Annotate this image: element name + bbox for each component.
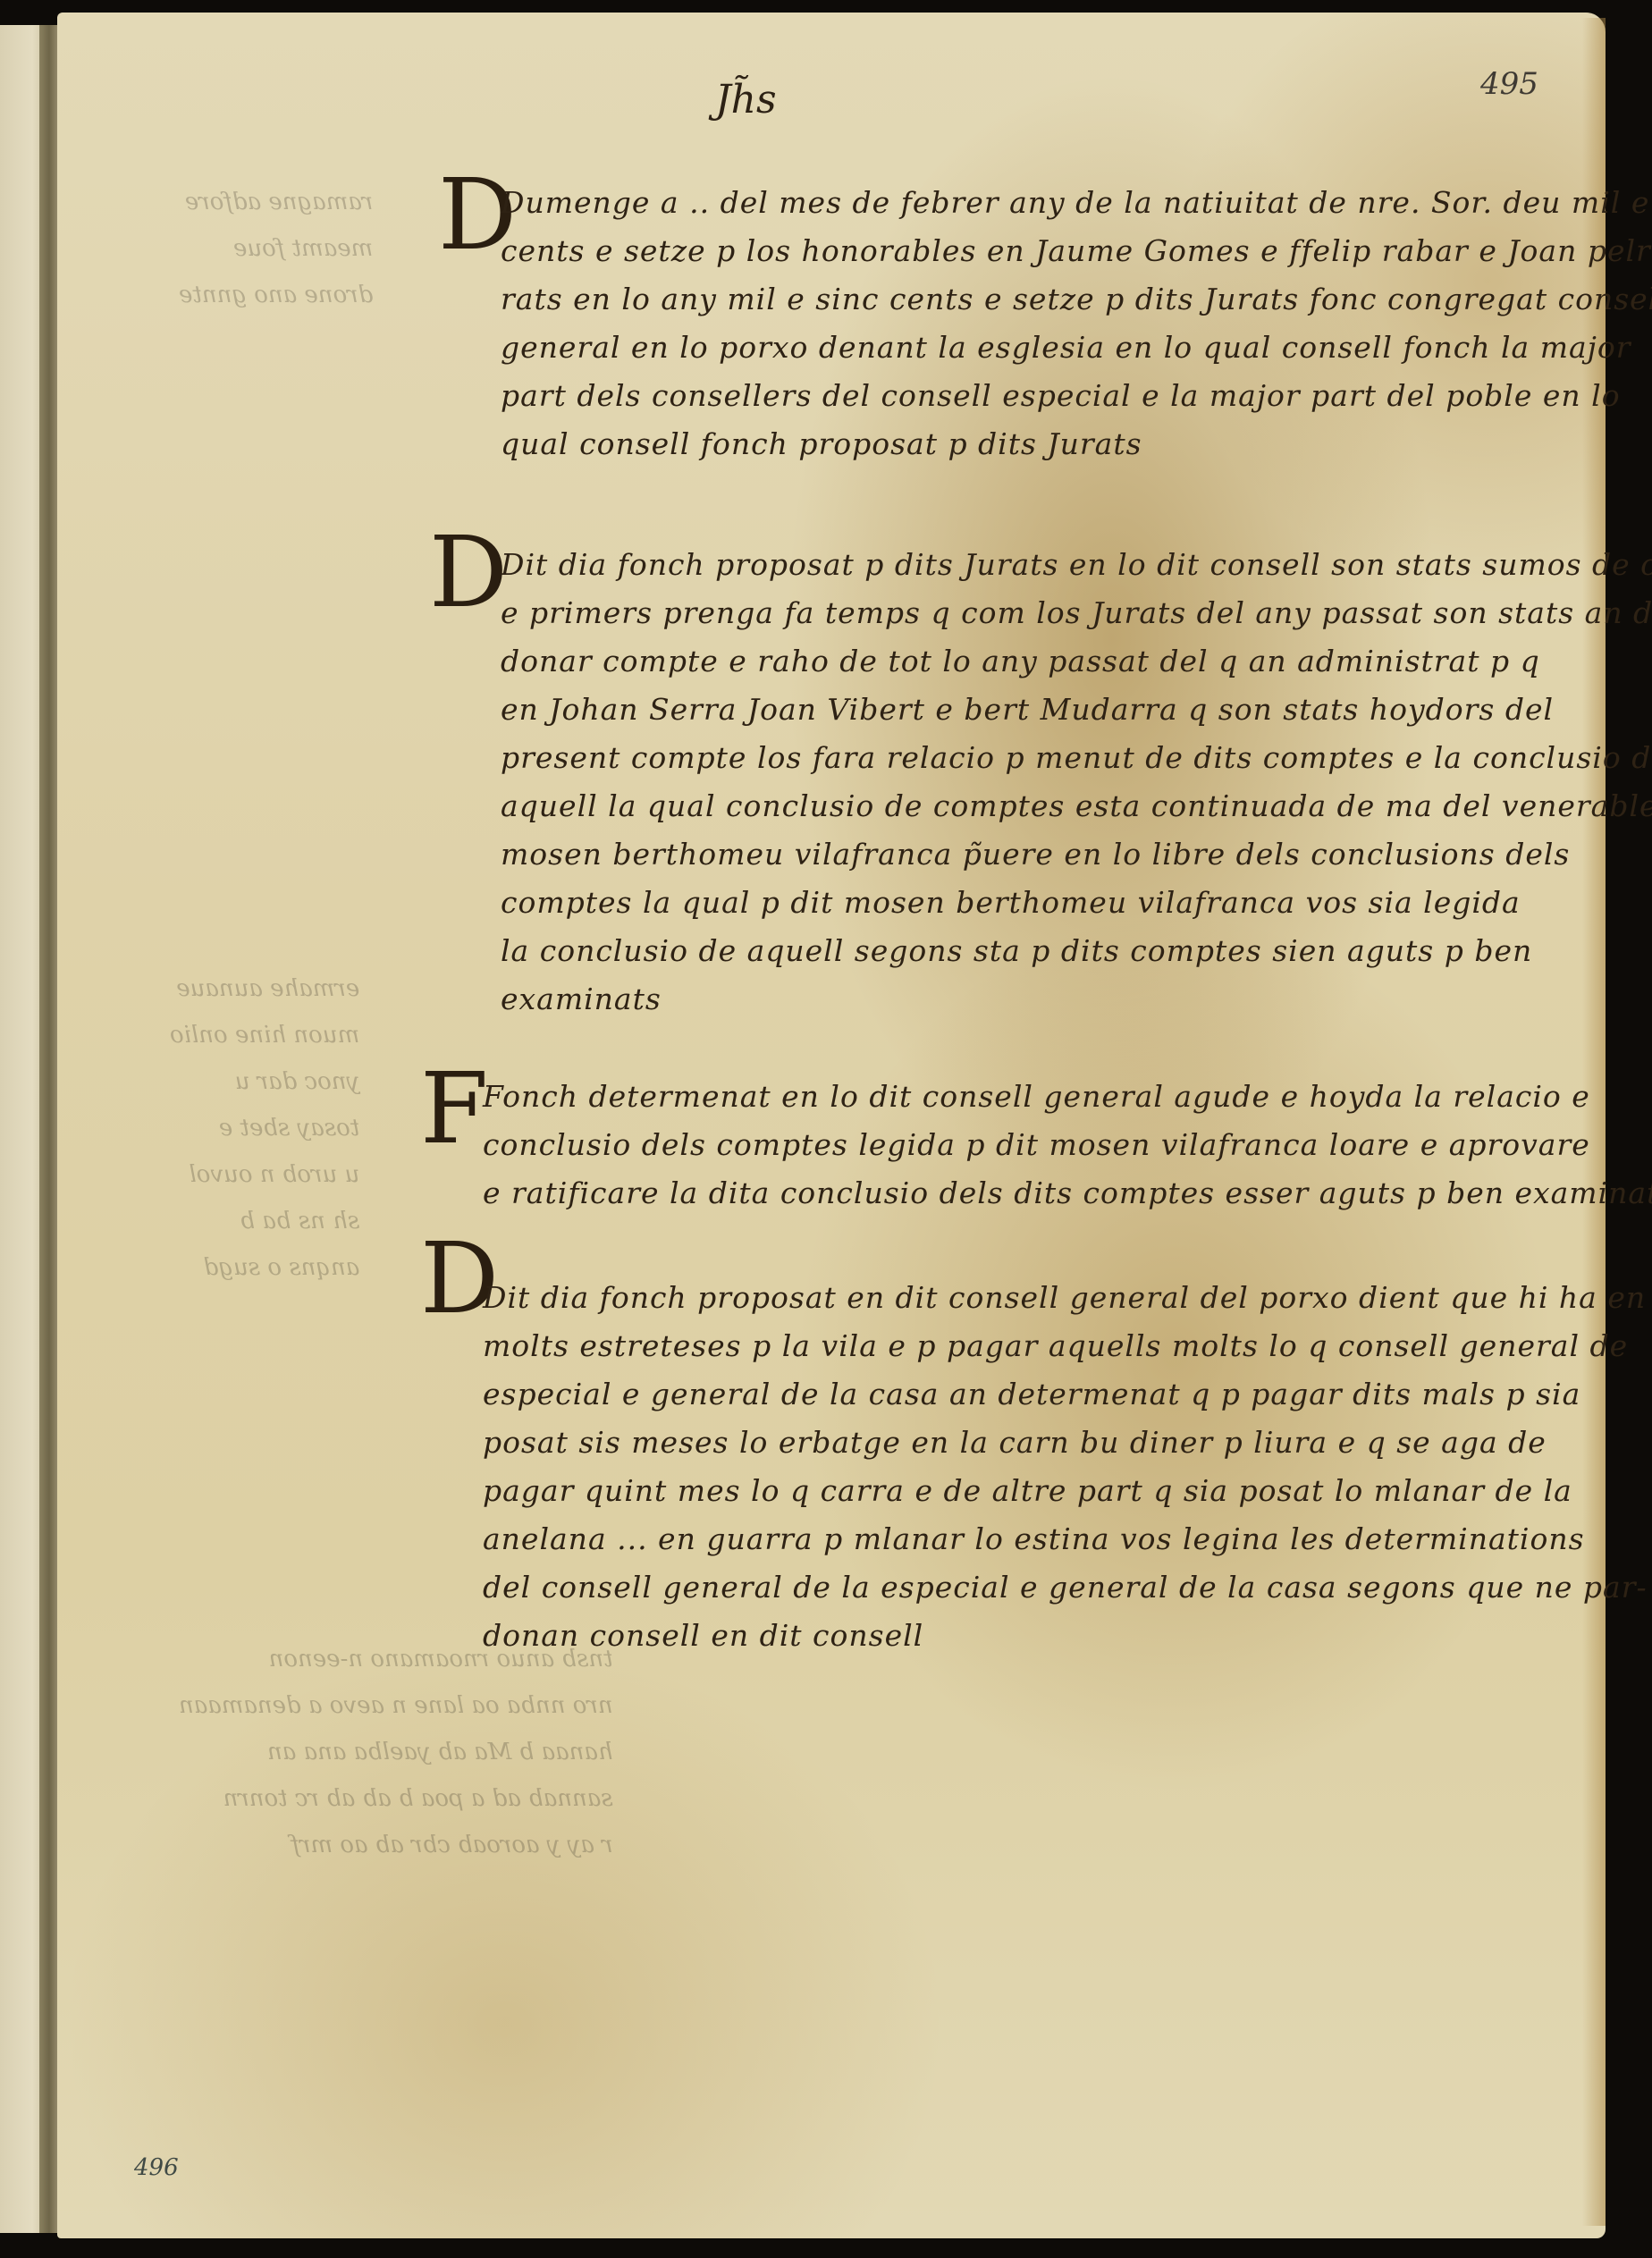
paragraph-1: Dumenge a .. del mes de febrer any de la… xyxy=(501,179,1555,468)
text-line: general en lo porxo denant la esglesia e… xyxy=(501,324,1555,372)
text-line: molts estreteses p la vila e p pagar aqu… xyxy=(483,1322,1555,1370)
text-line: anelana ... en guarra p mlanar lo estina… xyxy=(483,1515,1555,1563)
paragraph-3: Fonch determenat en lo dit consell gener… xyxy=(483,1073,1555,1217)
text-line: mosen berthomeu vilafranca p̃uere en lo … xyxy=(501,830,1555,879)
text-line: Dit dia fonch proposat en dit consell ge… xyxy=(483,1274,1555,1322)
text-line: rats en lo any mil e sinc cents e setze … xyxy=(501,275,1555,324)
text-line: e ratificare la dita conclusio dels dits… xyxy=(483,1169,1555,1217)
text-line: del consell general de la especial e gen… xyxy=(483,1563,1555,1612)
binding-gutter xyxy=(39,25,59,2233)
text-line: part dels consellers del consell especia… xyxy=(501,372,1555,420)
bleed-through-text: ermahe aunauemuon hine onlioynoc dar uto… xyxy=(170,965,359,1291)
text-line: Fonch determenat en lo dit consell gener… xyxy=(483,1073,1555,1121)
folio-number-top: 495 xyxy=(1480,66,1538,102)
text-line: conclusio dels comptes legida p dit mose… xyxy=(483,1121,1555,1169)
text-line: comptes la qual p dit mosen berthomeu vi… xyxy=(501,879,1555,927)
text-line: donar compte e raho de tot lo any passat… xyxy=(501,637,1555,686)
text-line: la conclusio de aquell segons sta p dits… xyxy=(501,927,1555,975)
text-line: Dit dia fonch proposat p dits Jurats en … xyxy=(501,541,1555,589)
text-line: qual consell fonch proposat p dits Jurat… xyxy=(501,420,1555,468)
text-line: e primers prenga fa temps q com los Jura… xyxy=(501,589,1555,637)
header-monogram: Jh̃s xyxy=(715,77,777,122)
paragraph-2: Dit dia fonch proposat p dits Jurats en … xyxy=(501,541,1555,1024)
text-line: Dumenge a .. del mes de febrer any de la… xyxy=(501,179,1555,227)
text-line: examinats xyxy=(501,975,1555,1024)
text-line: present compte los fara relacio p menut … xyxy=(501,734,1555,782)
text-line: en Johan Serra Joan Vibert e bert Mudarr… xyxy=(501,686,1555,734)
initial-letter: D xyxy=(429,523,508,621)
text-line: cents e setze p los honorables en Jaume … xyxy=(501,227,1555,275)
text-line: aquell la qual conclusio de comptes esta… xyxy=(501,782,1555,830)
text-line: posat sis meses lo erbatge en la carn bu… xyxy=(483,1419,1555,1467)
bleed-through-text: tnsb anuo rnoamano n-eenonnro nnba oa la… xyxy=(179,1636,613,1868)
initial-letter: F xyxy=(420,1059,488,1158)
text-line: pagar quint mes lo q carra e de altre pa… xyxy=(483,1467,1555,1515)
folio-number-bottom: 496 xyxy=(134,2154,179,2181)
bleed-through-text: ramagne adforemeamt fouedrone ano gnnte xyxy=(179,179,373,318)
paragraph-4: Dit dia fonch proposat en dit consell ge… xyxy=(483,1274,1555,1660)
text-line: especial e general de la casa an determe… xyxy=(483,1370,1555,1419)
text-line: donan consell en dit consell xyxy=(483,1612,1555,1660)
